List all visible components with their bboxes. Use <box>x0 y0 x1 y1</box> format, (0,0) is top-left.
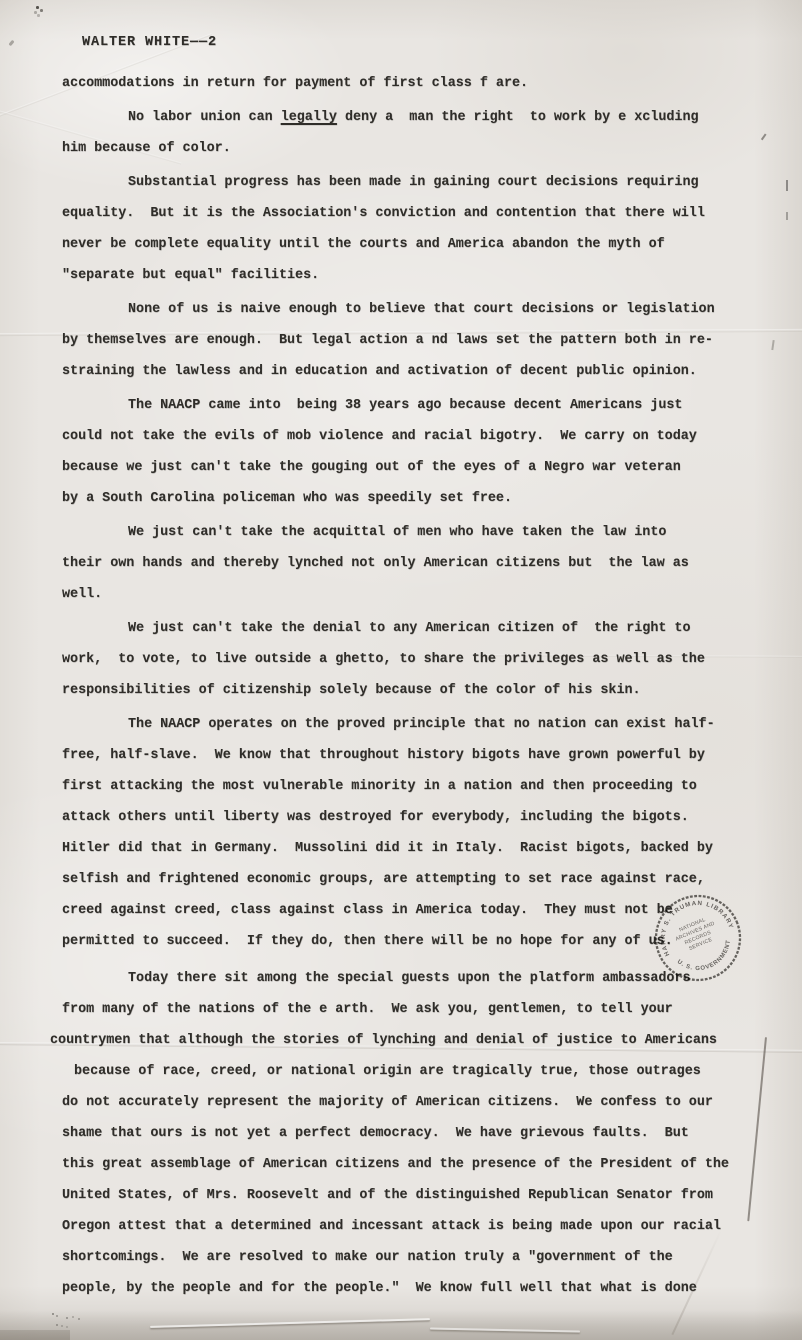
line-text: because we just can't take the gouging o… <box>62 460 681 475</box>
crumple-ridge <box>0 1330 70 1340</box>
line-text: attack others until liberty was destroye… <box>62 810 689 825</box>
text-line: The NAACP came into being 38 years ago b… <box>62 390 790 421</box>
text-line: attack others until liberty was destroye… <box>62 802 790 833</box>
document-page: { "header": { "title": "WALTER WHITE——2"… <box>0 0 802 1340</box>
line-text: from many of the nations of the e arth. … <box>62 1002 673 1017</box>
line-text: work, to vote, to live outside a ghetto,… <box>62 652 705 667</box>
text-line: never be complete equality until the cou… <box>62 229 790 260</box>
line-text: creed against creed, class against class… <box>62 903 673 918</box>
text-line: No labor union can legally deny a man th… <box>62 102 790 133</box>
text-line: by a South Carolina policeman who was sp… <box>62 483 790 514</box>
text-line: free, half-slave. We know that throughou… <box>62 740 790 771</box>
text-line: United States, of Mrs. Roosevelt and of … <box>62 1180 790 1211</box>
line-text: never be complete equality until the cou… <box>62 237 665 252</box>
text-line: do not accurately represent the majority… <box>62 1087 790 1118</box>
ink-speck <box>52 1313 54 1315</box>
text-line: him because of color. <box>62 133 790 164</box>
text-line: this great assemblage of American citize… <box>62 1149 790 1180</box>
text-line: shortcomings. We are resolved to make ou… <box>62 1242 790 1273</box>
text-line: by themselves are enough. But legal acti… <box>62 325 790 356</box>
line-text: "separate but equal" facilities. <box>62 268 319 283</box>
line-text: Hitler did that in Germany. Mussolini di… <box>62 841 713 856</box>
text-line: well. <box>62 579 790 610</box>
line-text: accommodations in return for payment of … <box>62 76 528 91</box>
page-header: WALTER WHITE——2 <box>64 20 217 50</box>
text-line: work, to vote, to live outside a ghetto,… <box>62 644 790 675</box>
text-line: We just can't take the denial to any Ame… <box>62 613 790 644</box>
line-text: The NAACP came into being 38 years ago b… <box>128 398 682 413</box>
line-text: United States, of Mrs. Roosevelt and of … <box>62 1188 713 1203</box>
line-text: We just can't take the acquittal of men … <box>128 525 666 540</box>
ink-speck <box>36 6 39 9</box>
line-text: deny a man the right to work by e xcludi… <box>337 110 699 125</box>
document-body: accommodations in return for payment of … <box>62 68 790 1304</box>
line-text: permitted to succeed. If they do, then t… <box>62 934 673 949</box>
text-line: None of us is naive enough to believe th… <box>62 294 790 325</box>
text-line: We just can't take the acquittal of men … <box>62 517 790 548</box>
ink-speck <box>8 40 14 47</box>
line-text: straining the lawless and in education a… <box>62 364 697 379</box>
line-text: countrymen that although the stories of … <box>50 1033 717 1048</box>
line-text: well. <box>62 587 102 602</box>
line-text: equality. But it is the Association's co… <box>62 206 705 221</box>
line-text: selfish and frightened economic groups, … <box>62 872 705 887</box>
line-text: this great assemblage of American citize… <box>62 1157 729 1172</box>
line-text: No labor union can <box>128 110 281 125</box>
line-text: him because of color. <box>62 141 231 156</box>
line-text: The NAACP operates on the proved princip… <box>128 717 715 732</box>
text-line: shame that ours is not yet a perfect dem… <box>62 1118 790 1149</box>
text-line: people, by the people and for the people… <box>62 1273 790 1304</box>
page-header-text: WALTER WHITE——2 <box>82 35 217 50</box>
text-line: because of race, creed, or national orig… <box>62 1056 790 1087</box>
text-line: Hitler did that in Germany. Mussolini di… <box>62 833 790 864</box>
paper-bottom-edge <box>0 1310 802 1340</box>
text-line: Oregon attest that a determined and ince… <box>62 1211 790 1242</box>
line-text: people, by the people and for the people… <box>62 1281 697 1296</box>
text-line: responsibilities of citizenship solely b… <box>62 675 790 706</box>
text-line: because we just can't take the gouging o… <box>62 452 790 483</box>
line-text: responsibilities of citizenship solely b… <box>62 683 641 698</box>
line-text: their own hands and thereby lynched not … <box>62 556 689 571</box>
line-text: because of race, creed, or national orig… <box>74 1064 701 1079</box>
line-text: shortcomings. We are resolved to make ou… <box>62 1250 673 1265</box>
ink-speck <box>56 1324 58 1326</box>
line-text: do not accurately represent the majority… <box>62 1095 713 1110</box>
text-line: The NAACP operates on the proved princip… <box>62 709 790 740</box>
text-line: straining the lawless and in education a… <box>62 356 790 387</box>
line-text: by a South Carolina policeman who was sp… <box>62 491 512 506</box>
line-text: None of us is naive enough to believe th… <box>128 302 715 317</box>
line-text: by themselves are enough. But legal acti… <box>62 333 713 348</box>
text-line: first attacking the most vulnerable mino… <box>62 771 790 802</box>
line-text: shame that ours is not yet a perfect dem… <box>62 1126 689 1141</box>
text-line: countrymen that although the stories of … <box>50 1025 790 1056</box>
line-text: Oregon attest that a determined and ince… <box>62 1219 721 1234</box>
text-line: equality. But it is the Association's co… <box>62 198 790 229</box>
text-line: could not take the evils of mob violence… <box>62 421 790 452</box>
line-text: We just can't take the denial to any Ame… <box>128 621 691 636</box>
text-line: accommodations in return for payment of … <box>62 68 790 99</box>
line-text: Today there sit among the special guests… <box>128 971 691 986</box>
crumple-ridge <box>430 1327 580 1332</box>
text-line: their own hands and thereby lynched not … <box>62 548 790 579</box>
text-line: "separate but equal" facilities. <box>62 260 790 291</box>
text-line: Substantial progress has been made in ga… <box>62 167 790 198</box>
line-text: Substantial progress has been made in ga… <box>128 175 699 190</box>
underlined-text: legally <box>281 110 337 125</box>
line-text: could not take the evils of mob violence… <box>62 429 697 444</box>
line-text: first attacking the most vulnerable mino… <box>62 779 697 794</box>
line-text: free, half-slave. We know that throughou… <box>62 748 705 763</box>
crumple-ridge <box>150 1318 430 1328</box>
